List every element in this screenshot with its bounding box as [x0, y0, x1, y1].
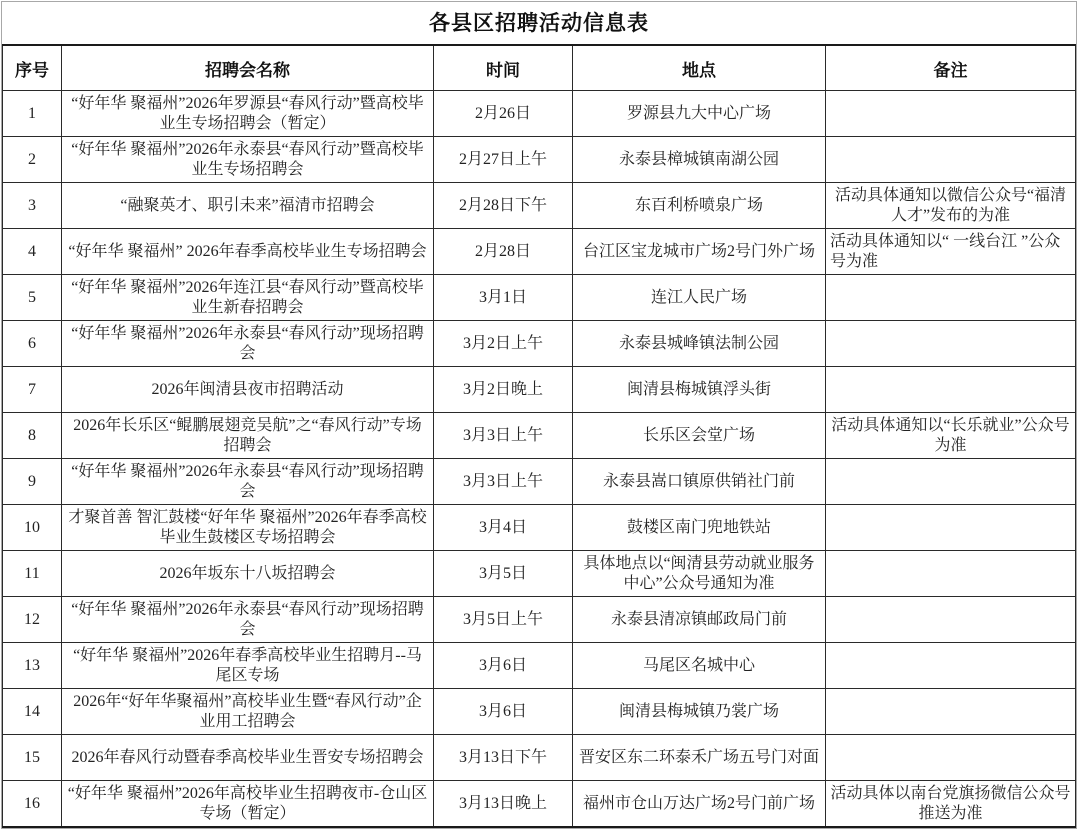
event-name-cell: “好年华 聚福州”2026年永泰县“春风行动”暨高校毕业生专场招聘会 — [62, 137, 434, 183]
event-location-cell: 台江区宝龙城市广场2号门外广场 — [573, 229, 826, 275]
row-number-cell: 8 — [3, 413, 62, 459]
event-remark-cell — [826, 643, 1076, 689]
event-location-cell: 长乐区会堂广场 — [573, 413, 826, 459]
event-location-cell: 永泰县清凉镇邮政局门前 — [573, 597, 826, 643]
table-row: 6“好年华 聚福州”2026年永泰县“春风行动”现场招聘会3月2日上午永泰县城峰… — [3, 321, 1076, 367]
event-remark-cell — [826, 597, 1076, 643]
event-time-cell: 2月28日下午 — [434, 183, 573, 229]
event-remark-cell — [826, 275, 1076, 321]
table-row: 2“好年华 聚福州”2026年永泰县“春风行动”暨高校毕业生专场招聘会2月27日… — [3, 137, 1076, 183]
event-remark-cell — [826, 689, 1076, 735]
event-location-cell: 鼓楼区南门兜地铁站 — [573, 505, 826, 551]
event-name-cell: “好年华 聚福州”2026年高校毕业生招聘夜市-仓山区专场（暂定） — [62, 781, 434, 828]
event-time-cell: 3月3日上午 — [434, 459, 573, 505]
event-location-cell: 福州市仓山万达广场2号门前广场 — [573, 781, 826, 828]
row-number-cell: 15 — [3, 735, 62, 781]
header-row: 序号招聘会名称时间地点备注 — [3, 45, 1076, 91]
row-number-cell: 4 — [3, 229, 62, 275]
page-title: 各县区招聘活动信息表 — [2, 2, 1076, 44]
event-time-cell: 3月13日下午 — [434, 735, 573, 781]
event-name-cell: 2026年长乐区“鲲鹏展翅竞吴航”之“春风行动”专场招聘会 — [62, 413, 434, 459]
table-row: 13“好年华 聚福州”2026年春季高校毕业生招聘月--马尾区专场3月6日马尾区… — [3, 643, 1076, 689]
event-name-cell: “好年华 聚福州”2026年春季高校毕业生招聘月--马尾区专场 — [62, 643, 434, 689]
event-name-cell: “好年华 聚福州” 2026年春季高校毕业生专场招聘会 — [62, 229, 434, 275]
event-name-cell: “好年华 聚福州”2026年连江县“春风行动”暨高校毕业生新春招聘会 — [62, 275, 434, 321]
row-number-cell: 12 — [3, 597, 62, 643]
column-header-1: 招聘会名称 — [62, 45, 434, 91]
event-name-cell: 2026年坂东十八坂招聘会 — [62, 551, 434, 597]
table-row: 12“好年华 聚福州”2026年永泰县“春风行动”现场招聘会3月5日上午永泰县清… — [3, 597, 1076, 643]
event-location-cell: 晋安区东二环泰禾广场五号门对面 — [573, 735, 826, 781]
event-time-cell: 3月5日上午 — [434, 597, 573, 643]
row-number-cell: 3 — [3, 183, 62, 229]
event-location-cell: 罗源县九大中心广场 — [573, 91, 826, 137]
event-location-cell: 永泰县城峰镇法制公园 — [573, 321, 826, 367]
table-row: 1“好年华 聚福州”2026年罗源县“春风行动”暨高校毕业生专场招聘会（暂定）2… — [3, 91, 1076, 137]
row-number-cell: 13 — [3, 643, 62, 689]
event-time-cell: 3月4日 — [434, 505, 573, 551]
event-location-cell: 闽清县梅城镇浮头街 — [573, 367, 826, 413]
row-number-cell: 16 — [3, 781, 62, 828]
event-remark-cell: 活动具体通知以“ 一线台江 ”公众号为准 — [826, 229, 1076, 275]
event-remark-cell — [826, 735, 1076, 781]
event-time-cell: 3月2日晚上 — [434, 367, 573, 413]
row-number-cell: 14 — [3, 689, 62, 735]
event-time-cell: 3月13日晚上 — [434, 781, 573, 828]
table-row: 3“融聚英才、职引未来”福清市招聘会2月28日下午东百利桥喷泉广场活动具体通知以… — [3, 183, 1076, 229]
table-body: 1“好年华 聚福州”2026年罗源县“春风行动”暨高校毕业生专场招聘会（暂定）2… — [3, 91, 1076, 828]
table-row: 142026年“好年华聚福州”高校毕业生暨“春风行动”企业用工招聘会3月6日闽清… — [3, 689, 1076, 735]
row-number-cell: 6 — [3, 321, 62, 367]
info-sheet: 各县区招聘活动信息表 序号招聘会名称时间地点备注 1“好年华 聚福州”2026年… — [1, 1, 1077, 829]
table-row: 4“好年华 聚福州” 2026年春季高校毕业生专场招聘会2月28日台江区宝龙城市… — [3, 229, 1076, 275]
event-remark-cell — [826, 137, 1076, 183]
event-location-cell: 连江人民广场 — [573, 275, 826, 321]
table-row: 10才聚首善 智汇鼓楼“好年华 聚福州”2026年春季高校毕业生鼓楼区专场招聘会… — [3, 505, 1076, 551]
event-location-cell: 闽清县梅城镇乃裳广场 — [573, 689, 826, 735]
column-header-0: 序号 — [3, 45, 62, 91]
column-header-3: 地点 — [573, 45, 826, 91]
event-name-cell: 2026年闽清县夜市招聘活动 — [62, 367, 434, 413]
event-remark-cell: 活动具体通知以“长乐就业”公众号为准 — [826, 413, 1076, 459]
table-row: 152026年春风行动暨春季高校毕业生晋安专场招聘会3月13日下午晋安区东二环泰… — [3, 735, 1076, 781]
table-row: 82026年长乐区“鲲鹏展翅竞吴航”之“春风行动”专场招聘会3月3日上午长乐区会… — [3, 413, 1076, 459]
event-location-cell: 具体地点以“闽清县劳动就业服务中心”公众号通知为准 — [573, 551, 826, 597]
event-time-cell: 3月6日 — [434, 643, 573, 689]
event-remark-cell: 活动具体通知以微信公众号“福清人才”发布的为准 — [826, 183, 1076, 229]
event-remark-cell — [826, 505, 1076, 551]
column-header-2: 时间 — [434, 45, 573, 91]
row-number-cell: 1 — [3, 91, 62, 137]
event-name-cell: 2026年春风行动暨春季高校毕业生晋安专场招聘会 — [62, 735, 434, 781]
event-name-cell: “好年华 聚福州”2026年永泰县“春风行动”现场招聘会 — [62, 321, 434, 367]
event-name-cell: “好年华 聚福州”2026年永泰县“春风行动”现场招聘会 — [62, 597, 434, 643]
table-row: 16“好年华 聚福州”2026年高校毕业生招聘夜市-仓山区专场（暂定）3月13日… — [3, 781, 1076, 828]
table-row: 5“好年华 聚福州”2026年连江县“春风行动”暨高校毕业生新春招聘会3月1日连… — [3, 275, 1076, 321]
event-location-cell: 永泰县嵩口镇原供销社门前 — [573, 459, 826, 505]
event-name-cell: 2026年“好年华聚福州”高校毕业生暨“春风行动”企业用工招聘会 — [62, 689, 434, 735]
event-location-cell: 东百利桥喷泉广场 — [573, 183, 826, 229]
event-time-cell: 3月5日 — [434, 551, 573, 597]
row-number-cell: 2 — [3, 137, 62, 183]
row-number-cell: 9 — [3, 459, 62, 505]
recruitment-table: 序号招聘会名称时间地点备注 1“好年华 聚福州”2026年罗源县“春风行动”暨高… — [2, 44, 1076, 828]
event-remark-cell — [826, 551, 1076, 597]
event-name-cell: “好年华 聚福州”2026年罗源县“春风行动”暨高校毕业生专场招聘会（暂定） — [62, 91, 434, 137]
event-time-cell: 2月28日 — [434, 229, 573, 275]
event-remark-cell — [826, 91, 1076, 137]
event-location-cell: 马尾区名城中心 — [573, 643, 826, 689]
event-time-cell: 3月3日上午 — [434, 413, 573, 459]
event-time-cell: 3月1日 — [434, 275, 573, 321]
event-time-cell: 2月27日上午 — [434, 137, 573, 183]
event-remark-cell — [826, 459, 1076, 505]
event-remark-cell — [826, 321, 1076, 367]
event-time-cell: 2月26日 — [434, 91, 573, 137]
event-name-cell: 才聚首善 智汇鼓楼“好年华 聚福州”2026年春季高校毕业生鼓楼区专场招聘会 — [62, 505, 434, 551]
row-number-cell: 5 — [3, 275, 62, 321]
table-row: 112026年坂东十八坂招聘会3月5日具体地点以“闽清县劳动就业服务中心”公众号… — [3, 551, 1076, 597]
row-number-cell: 10 — [3, 505, 62, 551]
row-number-cell: 11 — [3, 551, 62, 597]
column-header-4: 备注 — [826, 45, 1076, 91]
event-remark-cell: 活动具体以南台党旗扬微信公众号推送为准 — [826, 781, 1076, 828]
event-name-cell: “好年华 聚福州”2026年永泰县“春风行动”现场招聘会 — [62, 459, 434, 505]
event-name-cell: “融聚英才、职引未来”福清市招聘会 — [62, 183, 434, 229]
table-row: 72026年闽清县夜市招聘活动3月2日晚上闽清县梅城镇浮头街 — [3, 367, 1076, 413]
event-location-cell: 永泰县樟城镇南湖公园 — [573, 137, 826, 183]
table-row: 9“好年华 聚福州”2026年永泰县“春风行动”现场招聘会3月3日上午永泰县嵩口… — [3, 459, 1076, 505]
event-time-cell: 3月2日上午 — [434, 321, 573, 367]
event-remark-cell — [826, 367, 1076, 413]
row-number-cell: 7 — [3, 367, 62, 413]
event-time-cell: 3月6日 — [434, 689, 573, 735]
